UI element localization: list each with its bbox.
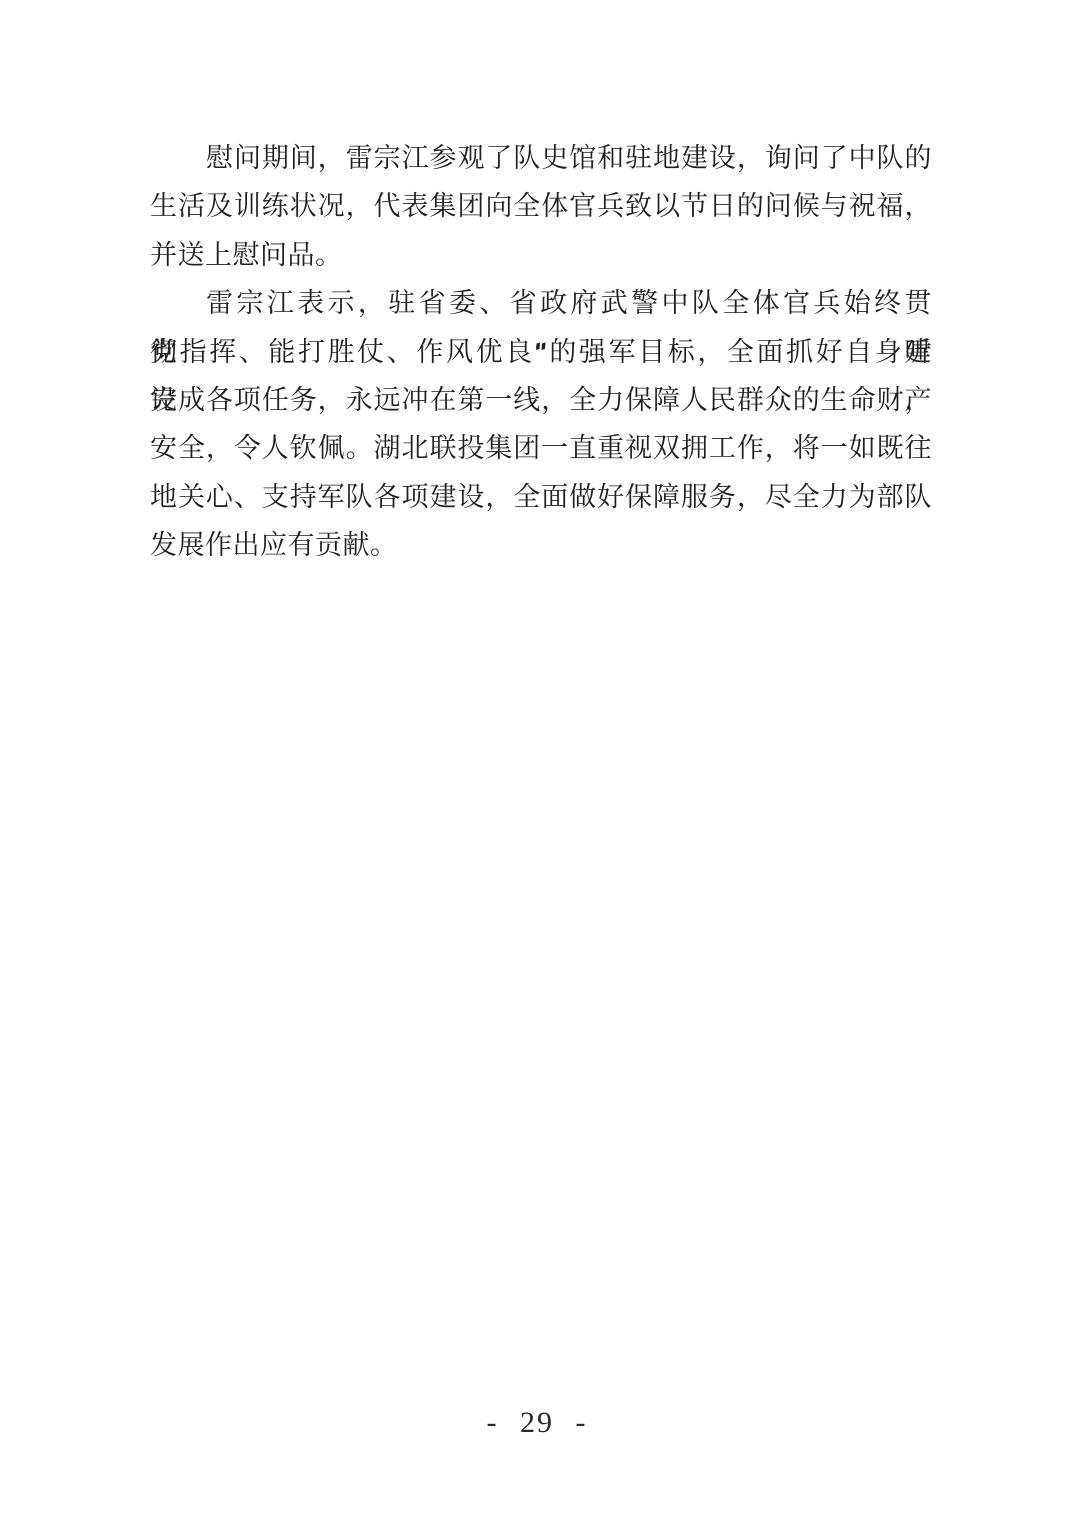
paragraph-2-line-6: 发展作出应有贡献。: [150, 521, 932, 569]
paragraph-1-line-1: 慰问期间，雷宗江参观了队史馆和驻地建设，询问了中队的: [150, 134, 932, 182]
paragraph-2-line-2: 党指挥、能打胜仗、作风优良”的强军目标，全面抓好自身建设，: [150, 328, 932, 376]
document-page: 慰问期间，雷宗江参观了队史馆和驻地建设，询问了中队的 生活及训练状况，代表集团向…: [0, 0, 1074, 1520]
paragraph-2-line-1: 雷宗江表示，驻省委、省政府武警中队全体官兵始终贯彻“听: [150, 279, 932, 327]
paragraph-1-line-2: 生活及训练状况，代表集团向全体官兵致以节日的问候与祝福，: [150, 182, 932, 230]
document-text: 慰问期间，雷宗江参观了队史馆和驻地建设，询问了中队的 生活及训练状况，代表集团向…: [150, 134, 932, 570]
paragraph-1-line-3: 并送上慰问品。: [150, 231, 932, 279]
page-number: - 29 -: [487, 1406, 588, 1439]
page-footer: - 29 -: [0, 1406, 1074, 1440]
paragraph-2-line-3: 完成各项任务，永远冲在第一线，全力保障人民群众的生命财产: [150, 376, 932, 424]
paragraph-2-line-5: 地关心、支持军队各项建设，全面做好保障服务，尽全力为部队: [150, 473, 932, 521]
paragraph-2-line-4: 安全，令人钦佩。湖北联投集团一直重视双拥工作，将一如既往: [150, 424, 932, 472]
